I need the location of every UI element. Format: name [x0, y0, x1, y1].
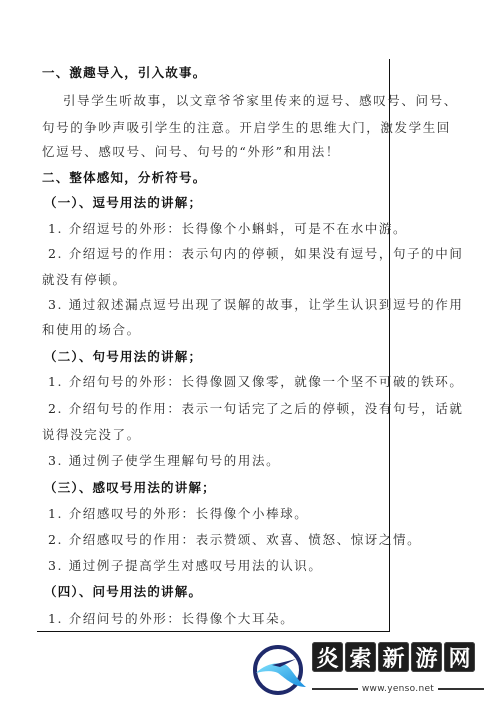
watermark: 炎 索 新 游 网 www.yenso.net — [250, 640, 490, 700]
subsection-heading: （三）、感叹号用法的讲解； — [44, 480, 216, 496]
subsection-heading: （二）、句号用法的讲解； — [44, 349, 202, 365]
site-logo-icon — [250, 643, 308, 697]
paragraph-line: 引导学生听故事，以文章爷爷家里传来的逗号、感叹号、问号、 — [63, 93, 458, 109]
site-url-row: www.yenso.net — [312, 684, 484, 694]
paragraph-line: 句号的争吵声吸引学生的注意。开启学生的思维大门，激发学生回 — [42, 120, 451, 136]
paragraph-line: 3. 通过例子提高学生对感叹号用法的认识。 — [48, 558, 323, 574]
paragraph-line: 就没有停顿。 — [42, 272, 127, 288]
site-title-char: 网 — [444, 642, 475, 672]
site-title: 炎 索 新 游 网 — [312, 642, 475, 672]
paragraph-line: 1. 介绍逗号的外形：长得像个小蝌蚪，可是不在水中游。 — [48, 221, 407, 237]
paragraph-line: 说得没完没了。 — [42, 427, 141, 443]
paragraph-line: 1. 介绍感叹号的外形：长得像个小棒球。 — [48, 506, 308, 522]
paragraph-line: 2. 介绍逗号的作用：表示句内的停顿，如果没有逗号，句子的中间 — [48, 246, 464, 262]
paragraph-line: 3. 通过叙述漏点逗号出现了误解的故事，让学生认识到逗号的作用 — [48, 297, 464, 313]
section-heading: 二、整体感知，分析符号。 — [42, 170, 206, 186]
paragraph-line: 2. 介绍感叹号的作用：表示赞颂、欢喜、愤怒、惊讶之情。 — [48, 532, 421, 548]
paragraph-line: 3. 通过例子使学生理解句号的用法。 — [48, 453, 280, 469]
site-url: www.yenso.net — [362, 684, 434, 694]
paragraph-line: 忆逗号、感叹号、问号、句号的“外形”和用法！ — [42, 144, 340, 160]
divider — [312, 688, 358, 690]
site-title-char: 新 — [378, 642, 409, 672]
section-heading: 一、激趣导入，引入故事。 — [42, 65, 206, 81]
paragraph-line: 2. 介绍句号的作用：表示一句话完了之后的停顿，没有句号，话就 — [48, 401, 464, 417]
paragraph-line: 和使用的场合。 — [42, 322, 141, 338]
site-title-char: 炎 — [312, 642, 343, 672]
divider — [438, 688, 484, 690]
subsection-heading: （四）、问号用法的讲解。 — [44, 584, 202, 600]
site-title-char: 索 — [345, 642, 376, 672]
subsection-heading: （一）、逗号用法的讲解； — [44, 195, 202, 211]
site-title-char: 游 — [411, 642, 442, 672]
paragraph-line: 1. 介绍问号的外形：长得像个大耳朵。 — [48, 611, 294, 627]
paragraph-line: 1. 介绍句号的外形：长得像圆又像零，就像一个坚不可破的铁环。 — [48, 374, 464, 390]
